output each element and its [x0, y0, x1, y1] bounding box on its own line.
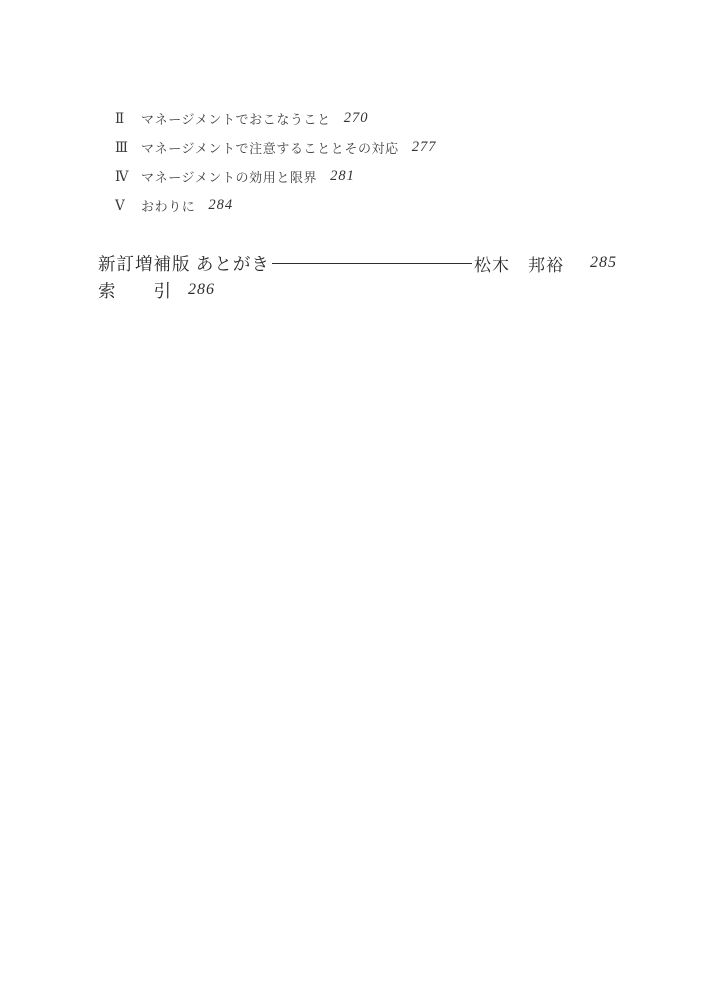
- index-label: 索 引: [98, 278, 172, 303]
- toc-entry-title: おわりに: [141, 196, 195, 215]
- toc-entry-page-number: 284: [208, 197, 233, 214]
- toc-entry-numeral: Ⅴ: [115, 198, 141, 214]
- toc-entry-title: マネージメントの効用と限界: [141, 167, 317, 186]
- toc-entry: Ⅳ マネージメントの効用と限界 281: [115, 162, 437, 191]
- toc-entry-numeral: Ⅱ: [115, 111, 141, 127]
- toc-entry: Ⅴ おわりに 284: [115, 191, 437, 220]
- toc-list: Ⅱ マネージメントでおこなうこと 270 Ⅲ マネージメントで注意することとその…: [115, 104, 437, 220]
- index-page-number: 286: [188, 281, 215, 299]
- afterword-entry: 新訂増補版 あとがき 松木 邦裕 285: [98, 250, 617, 276]
- toc-entry-page-number: 277: [412, 139, 437, 156]
- toc-entry-page-number: 281: [330, 168, 355, 185]
- index-entry: 索 引 286: [98, 278, 215, 302]
- toc-entry-page-number: 270: [344, 110, 369, 127]
- afterword-page-number: 285: [590, 254, 617, 272]
- toc-entry-numeral: Ⅳ: [115, 169, 141, 185]
- toc-entry: Ⅲ マネージメントで注意することとその対応 277: [115, 133, 437, 162]
- toc-entry-title: マネージメントで注意することとその対応: [141, 138, 399, 157]
- afterword-author: 松木 邦裕: [474, 251, 564, 276]
- toc-entry-numeral: Ⅲ: [115, 140, 141, 156]
- book-page: Ⅱ マネージメントでおこなうこと 270 Ⅲ マネージメントで注意することとその…: [0, 0, 705, 1000]
- toc-entry: Ⅱ マネージメントでおこなうこと 270: [115, 104, 437, 133]
- leader-line: [272, 263, 472, 264]
- afterword-title: 新訂増補版 あとがき: [98, 251, 270, 276]
- toc-entry-title: マネージメントでおこなうこと: [141, 109, 331, 128]
